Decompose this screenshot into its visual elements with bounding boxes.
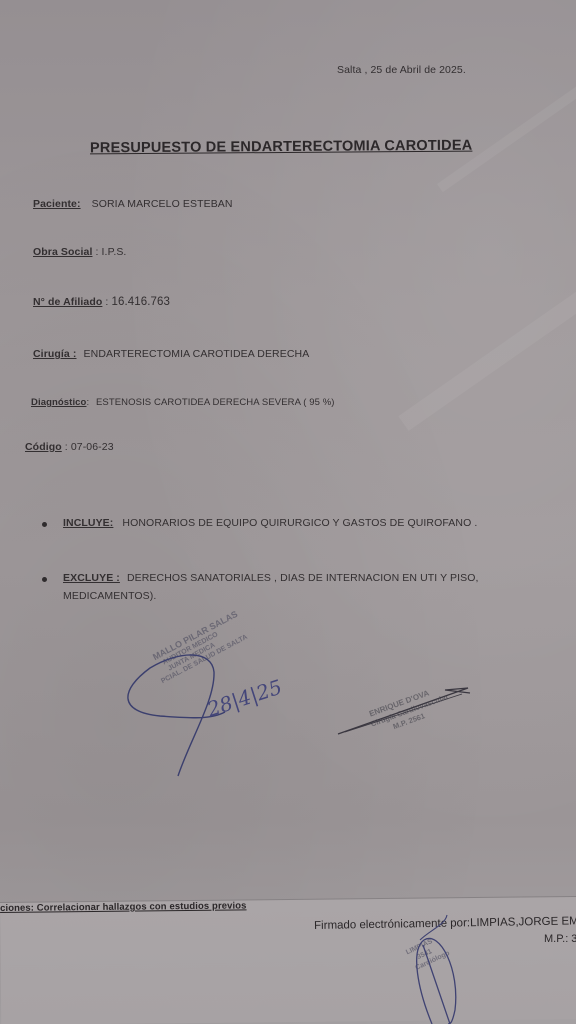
lower-signature-icon bbox=[0, 0, 576, 1024]
